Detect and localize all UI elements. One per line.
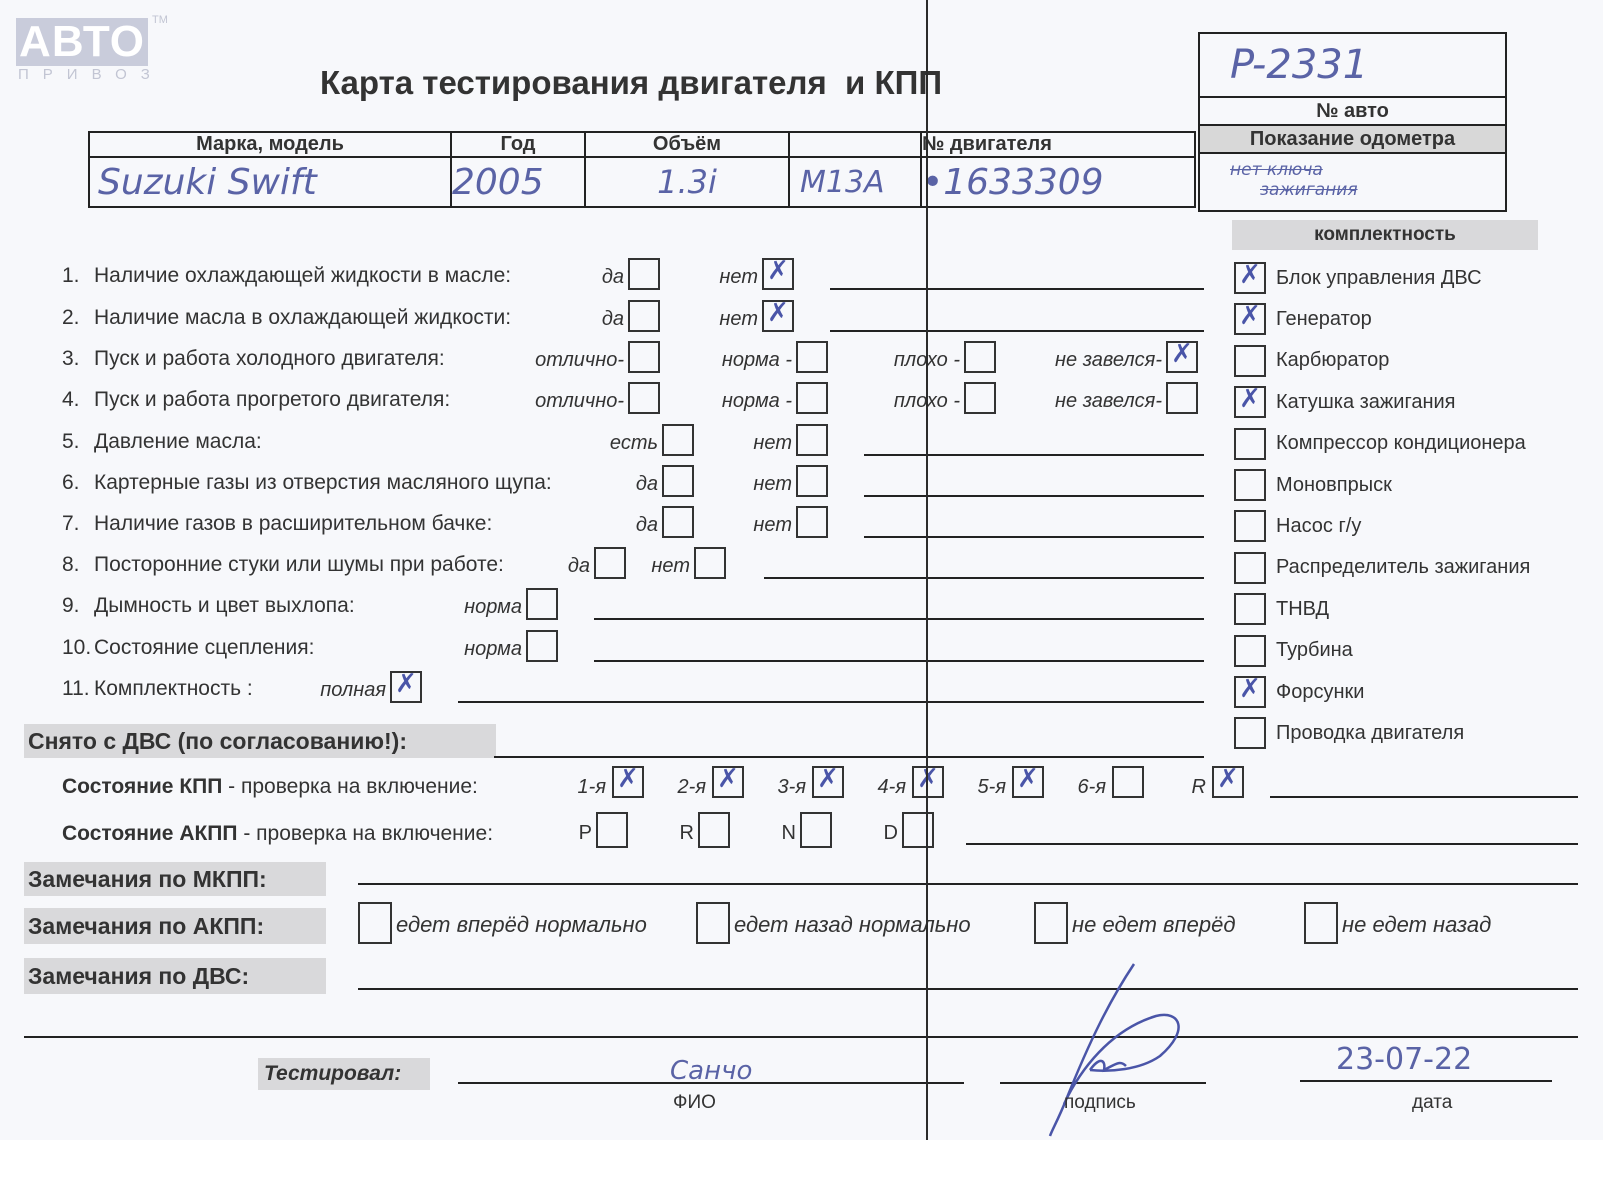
option-checkbox[interactable]: ✗ — [762, 300, 794, 332]
kit-checkbox[interactable] — [1234, 593, 1266, 625]
manual-gearbox-label-rest: - проверка на включение: — [222, 775, 478, 798]
kit-item-label: ТНВД — [1276, 598, 1329, 621]
option-label: не завелся- — [1055, 390, 1162, 413]
check-text: Состояние сцепления: — [94, 636, 314, 659]
kit-item-label: Моновпрыск — [1276, 474, 1392, 497]
check-text: Давление масла: — [94, 430, 262, 453]
year-field[interactable]: 2005 — [451, 157, 585, 207]
option-checkbox[interactable]: ✗ — [1166, 341, 1198, 373]
check-label: 5.Давление масла: — [62, 430, 262, 454]
kit-item[interactable]: Насос г/у — [1234, 510, 1361, 542]
kit-item[interactable]: ТНВД — [1234, 593, 1329, 625]
check-label: 6.Картерные газы из отверстия масляного … — [62, 471, 552, 495]
option-checkbox[interactable] — [662, 465, 694, 497]
option-label: да — [568, 555, 590, 578]
header-blank — [789, 132, 921, 157]
check-notes-line[interactable] — [458, 701, 1204, 703]
mode-checkbox[interactable] — [596, 812, 628, 848]
check-mark-icon: ✗ — [392, 669, 420, 699]
odometer-value-line1: нет ключа — [1230, 160, 1505, 180]
removed-label: Снято с ДВС (по согласованию!): — [24, 724, 496, 758]
check-label: 8.Посторонние стуки или шумы при работе: — [62, 553, 504, 577]
header-volume: Объём — [585, 132, 789, 157]
removed-line[interactable] — [494, 756, 1204, 758]
gear-label: 6-я — [1078, 776, 1106, 799]
option-label: полная — [320, 679, 386, 702]
check-mark-icon: ✗ — [1236, 384, 1264, 414]
option-label: нет — [753, 514, 792, 537]
option-checkbox[interactable] — [796, 465, 828, 497]
auto-number-box: P-2331 № авто Показание одометра нет клю… — [1198, 32, 1507, 212]
gear-checkbox[interactable]: ✗ — [812, 766, 844, 798]
gear-label: 5-я — [978, 776, 1006, 799]
option-label: да — [602, 266, 624, 289]
check-text: Картерные газы из отверстия масляного щу… — [94, 471, 552, 494]
check-mark-icon: ✗ — [764, 256, 792, 286]
akpp-remark-checkbox[interactable] — [1034, 902, 1068, 944]
mode-checkbox[interactable] — [800, 812, 832, 848]
kit-item-label: Карбюратор — [1276, 349, 1389, 372]
gear-label: 3-я — [778, 776, 806, 799]
option-label: норма - — [722, 390, 792, 413]
odometer-value[interactable]: нет ключа зажигания — [1200, 154, 1505, 210]
check-text: Наличие газов в расширительном бачке: — [94, 512, 492, 535]
check-label: 4.Пуск и работа прогретого двигателя: — [62, 388, 450, 412]
mode-checkbox[interactable] — [698, 812, 730, 848]
option-checkbox[interactable] — [628, 258, 660, 290]
check-text: Наличие охлаждающей жидкости в масле: — [94, 264, 511, 287]
auto-gearbox-label-bold: Состояние АКПП — [62, 822, 238, 845]
kit-item[interactable]: Карбюратор — [1234, 345, 1389, 377]
option-label: не завелся- — [1055, 349, 1162, 372]
check-mark-icon: ✗ — [764, 298, 792, 328]
check-number: 8. — [62, 553, 94, 577]
check-notes-line[interactable] — [764, 577, 1204, 579]
option-label: да — [636, 514, 658, 537]
odometer-value-line2: зажигания — [1230, 180, 1505, 200]
remarks-akpp-label: Замечания по АКПП: — [24, 908, 326, 944]
option-label: нет — [753, 432, 792, 455]
page-title: Карта тестирования двигателя и КПП — [320, 64, 942, 102]
akpp-remark-checkbox[interactable] — [358, 902, 392, 944]
kit-item[interactable]: Компрессор кондиционера — [1234, 428, 1526, 460]
kit-title: комплектность — [1232, 220, 1538, 250]
check-text: Наличие масла в охлаждающей жидкости: — [94, 306, 511, 329]
tester-name-line[interactable] — [458, 1082, 964, 1084]
kit-item[interactable]: Проводка двигателя — [1234, 717, 1464, 749]
remarks-mkpp-line[interactable] — [358, 883, 1578, 885]
auto-number-label: № авто — [1200, 98, 1505, 126]
logo: АВТО TM ПРИВОЗ — [16, 18, 164, 83]
akpp-remark-label: не едет вперёд — [1072, 912, 1236, 938]
header-year: Год — [451, 132, 585, 157]
check-number: 4. — [62, 388, 94, 412]
remarks-mkpp-label: Замечания по МКПП: — [24, 862, 326, 896]
logo-subtitle: ПРИВОЗ — [16, 66, 164, 83]
check-notes-line[interactable] — [830, 288, 1204, 290]
kit-item[interactable]: Турбина — [1234, 635, 1353, 667]
gear-label: R — [1192, 776, 1206, 799]
option-checkbox[interactable] — [628, 300, 660, 332]
check-label: 2.Наличие масла в охлаждающей жидкости: — [62, 306, 511, 330]
check-number: 5. — [62, 430, 94, 454]
check-mark-icon: ✗ — [814, 764, 842, 794]
kit-checkbox[interactable] — [1234, 635, 1266, 667]
test-card-sheet: АВТО TM ПРИВОЗ Карта тестирования двигат… — [0, 0, 1603, 1140]
make-model-field[interactable]: Suzuki Swift — [89, 157, 451, 207]
mode-label: P — [579, 822, 592, 845]
check-mark-icon: ✗ — [914, 764, 942, 794]
option-checkbox[interactable] — [662, 424, 694, 456]
check-number: 10. — [62, 636, 94, 660]
manual-gearbox-line[interactable] — [1270, 796, 1578, 798]
gear-checkbox[interactable]: ✗ — [1012, 766, 1044, 798]
check-label: 7.Наличие газов в расширительном бачке: — [62, 512, 492, 536]
vehicle-info-table: Марка, модель Год Объём № двигателя Suzu… — [88, 131, 1196, 208]
option-checkbox[interactable] — [964, 382, 996, 414]
kit-checkbox[interactable]: ✗ — [1234, 303, 1266, 335]
kit-item[interactable]: ✗Генератор — [1234, 303, 1372, 335]
check-number: 3. — [62, 347, 94, 371]
kit-item-label: Турбина — [1276, 639, 1353, 662]
check-notes-line[interactable] — [864, 454, 1204, 456]
kit-item-label: Форсунки — [1276, 681, 1364, 704]
option-checkbox[interactable] — [526, 588, 558, 620]
kit-item-label: Компрессор кондиционера — [1276, 432, 1526, 455]
auto-number-value[interactable]: P-2331 — [1200, 34, 1505, 98]
check-text: Комплектность : — [94, 677, 253, 700]
engine-number-field[interactable]: •1633309 — [921, 157, 1195, 207]
option-checkbox[interactable] — [796, 424, 828, 456]
option-label: нет — [719, 308, 758, 331]
remarks-dvs-label: Замечания по ДВС: — [24, 958, 326, 994]
fold-line — [926, 0, 928, 1140]
volume-field[interactable]: 1.3i — [585, 157, 789, 207]
check-mark-icon: ✗ — [714, 764, 742, 794]
kit-checkbox[interactable] — [1234, 469, 1266, 501]
option-checkbox[interactable] — [526, 630, 558, 662]
gear-label: 2-я — [678, 776, 706, 799]
check-text: Пуск и работа холодного двигателя: — [94, 347, 445, 370]
odometer-label: Показание одометра — [1200, 126, 1505, 154]
check-text: Посторонние стуки или шумы при работе: — [94, 553, 504, 576]
manual-gearbox-label-bold: Состояние КПП — [62, 775, 222, 798]
option-checkbox[interactable] — [662, 506, 694, 538]
auto-gearbox-label: Состояние АКПП - проверка на включение: — [62, 822, 493, 846]
auto-gearbox-label-rest: - проверка на включение: — [238, 822, 494, 845]
kit-checkbox[interactable] — [1234, 428, 1266, 460]
akpp-remark-label: не едет назад — [1342, 912, 1491, 938]
kit-item-label: Проводка двигателя — [1276, 722, 1464, 745]
check-mark-icon: ✗ — [1168, 339, 1196, 369]
engine-model-field[interactable]: M13A — [789, 157, 921, 207]
akpp-remark-checkbox[interactable] — [1304, 902, 1338, 944]
option-checkbox[interactable] — [796, 382, 828, 414]
check-notes-line[interactable] — [594, 618, 1204, 620]
check-number: 1. — [62, 264, 94, 288]
check-mark-icon: ✗ — [1236, 674, 1264, 704]
option-checkbox[interactable] — [1166, 382, 1198, 414]
option-label: отлично- — [535, 390, 624, 413]
option-checkbox[interactable] — [628, 341, 660, 373]
kit-item[interactable]: ✗Катушка зажигания — [1234, 386, 1456, 418]
option-checkbox[interactable] — [796, 506, 828, 538]
option-checkbox[interactable] — [964, 341, 996, 373]
check-number: 6. — [62, 471, 94, 495]
check-notes-line[interactable] — [864, 536, 1204, 538]
check-notes-line[interactable] — [594, 660, 1204, 662]
option-checkbox[interactable] — [796, 341, 828, 373]
check-notes-line[interactable] — [864, 495, 1204, 497]
mode-label: D — [884, 822, 898, 845]
akpp-remark-label: едет назад нормально — [734, 912, 971, 938]
kit-item-label: Распределитель зажигания — [1276, 556, 1530, 579]
check-text: Пуск и работа прогретого двигателя: — [94, 388, 450, 411]
logo-brand: АВТО — [16, 18, 148, 66]
option-label: нет — [651, 555, 690, 578]
kit-checkbox[interactable] — [1234, 552, 1266, 584]
signature-caption: подпись — [1064, 1092, 1136, 1114]
check-notes-line[interactable] — [830, 330, 1204, 332]
logo-tm: TM — [152, 14, 168, 26]
kit-item-label: Генератор — [1276, 308, 1372, 331]
kit-checkbox[interactable]: ✗ — [1234, 262, 1266, 294]
option-label: норма — [464, 638, 522, 661]
tested-by-label: Тестировал: — [258, 1058, 430, 1090]
date-caption: дата — [1412, 1092, 1452, 1114]
date-line[interactable] — [1300, 1080, 1552, 1082]
option-label: нет — [753, 473, 792, 496]
option-checkbox[interactable]: ✗ — [390, 671, 422, 703]
option-checkbox[interactable]: ✗ — [762, 258, 794, 290]
kit-item-label: Катушка зажигания — [1276, 391, 1456, 414]
option-label: норма — [464, 596, 522, 619]
akpp-remark-label: едет вперёд нормально — [396, 912, 647, 938]
option-checkbox[interactable] — [694, 547, 726, 579]
check-mark-icon: ✗ — [1236, 301, 1264, 331]
option-label: отлично- — [535, 349, 624, 372]
mode-label: N — [782, 822, 796, 845]
kit-checkbox[interactable]: ✗ — [1234, 676, 1266, 708]
check-mark-icon: ✗ — [1236, 260, 1264, 290]
option-checkbox[interactable] — [594, 547, 626, 579]
gear-label: 4-я — [878, 776, 906, 799]
manual-gearbox-label: Состояние КПП - проверка на включение: — [62, 775, 478, 799]
remarks-dvs-line-1[interactable] — [358, 988, 1578, 990]
mode-checkbox[interactable] — [902, 812, 934, 848]
remarks-dvs-line-2[interactable] — [24, 1036, 1578, 1038]
check-label: 11.Комплектность : — [62, 677, 253, 701]
gear-checkbox[interactable] — [1112, 766, 1144, 798]
check-mark-icon: ✗ — [614, 764, 642, 794]
header-engine-number: № двигателя — [921, 132, 1195, 157]
kit-item[interactable]: ✗Блок управления ДВС — [1234, 262, 1482, 294]
gear-label: 1-я — [578, 776, 606, 799]
option-label: да — [636, 473, 658, 496]
check-number: 9. — [62, 594, 94, 618]
mode-label: R — [680, 822, 694, 845]
check-label: 1.Наличие охлаждающей жидкости в масле: — [62, 264, 511, 288]
gear-checkbox[interactable]: ✗ — [1212, 766, 1244, 798]
kit-item[interactable]: ✗Форсунки — [1234, 676, 1364, 708]
option-checkbox[interactable] — [628, 382, 660, 414]
akpp-remark-checkbox[interactable] — [696, 902, 730, 944]
date-value[interactable]: 23-07-22 — [1336, 1042, 1472, 1077]
gear-checkbox[interactable]: ✗ — [612, 766, 644, 798]
check-number: 7. — [62, 512, 94, 536]
kit-item-label: Блок управления ДВС — [1276, 267, 1482, 290]
check-label: 3.Пуск и работа холодного двигателя: — [62, 347, 445, 371]
check-mark-icon: ✗ — [1014, 764, 1042, 794]
option-label: да — [602, 308, 624, 331]
check-mark-icon: ✗ — [1214, 764, 1242, 794]
check-label: 10.Состояние сцепления: — [62, 636, 314, 660]
kit-item[interactable]: Распределитель зажигания — [1234, 552, 1530, 584]
kit-item-label: Насос г/у — [1276, 515, 1361, 538]
option-label: норма - — [722, 349, 792, 372]
check-label: 9.Дымность и цвет выхлопа: — [62, 594, 355, 618]
option-label: есть — [610, 432, 658, 455]
kit-item[interactable]: Моновпрыск — [1234, 469, 1392, 501]
kit-checkbox[interactable] — [1234, 345, 1266, 377]
header-make-model: Марка, модель — [89, 132, 451, 157]
check-text: Дымность и цвет выхлопа: — [94, 594, 355, 617]
check-number: 11. — [62, 677, 94, 701]
kit-checkbox[interactable]: ✗ — [1234, 386, 1266, 418]
auto-gearbox-line[interactable] — [966, 843, 1578, 845]
kit-checkbox[interactable] — [1234, 510, 1266, 542]
gear-checkbox[interactable]: ✗ — [912, 766, 944, 798]
name-caption: ФИО — [673, 1092, 716, 1114]
gear-checkbox[interactable]: ✗ — [712, 766, 744, 798]
check-number: 2. — [62, 306, 94, 330]
kit-checkbox[interactable] — [1234, 717, 1266, 749]
option-label: нет — [719, 266, 758, 289]
